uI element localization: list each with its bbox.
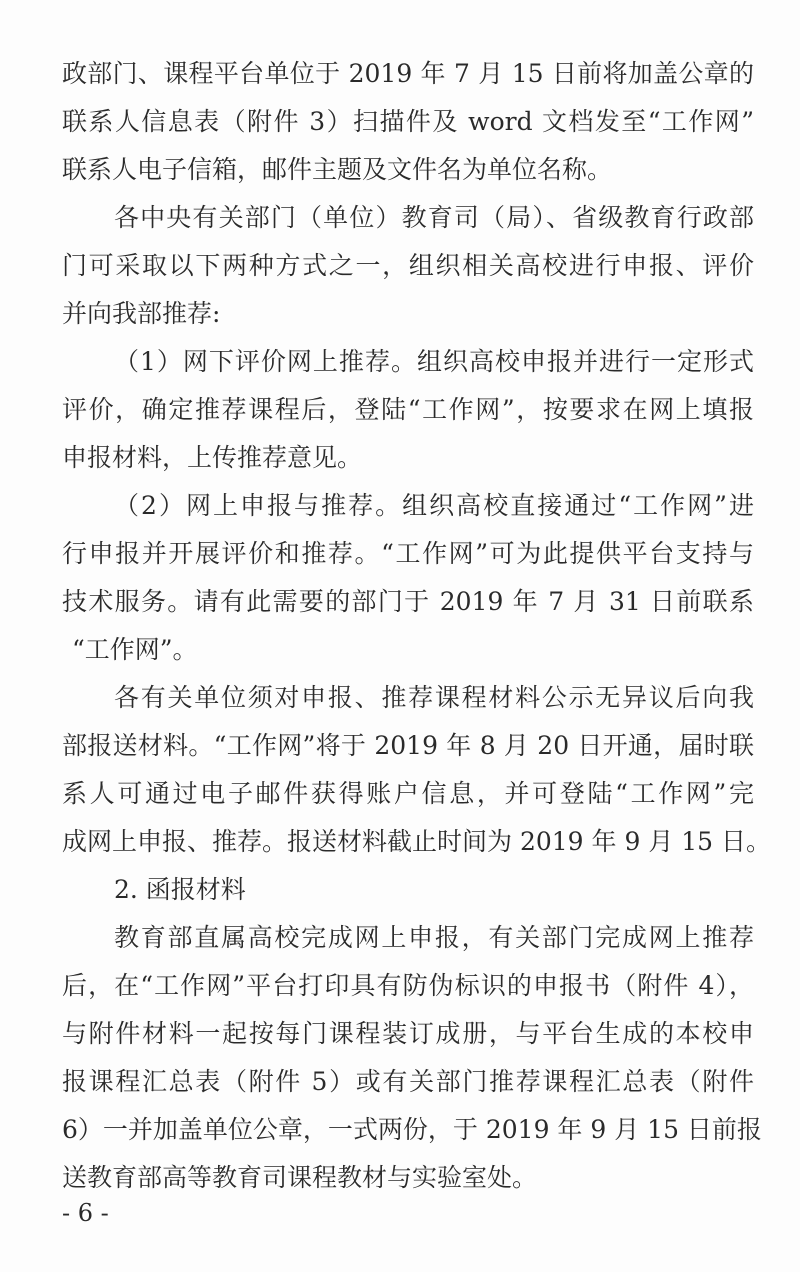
- text-line: “工作网”。: [62, 626, 754, 674]
- text-line: 系人可通过电子邮件获得账户信息，并可登陆“工作网”完: [62, 770, 754, 818]
- document-page: 政部门、课程平台单位于 2019 年 7 月 15 日前将加盖公章的 联系人信息…: [0, 0, 800, 1272]
- text-line: 各中央有关部门（单位）教育司（局）、省级教育行政部: [62, 194, 754, 242]
- text-line: 门可采取以下两种方式之一，组织相关高校进行申报、评价: [62, 242, 754, 290]
- section-heading: 2. 函报材料: [62, 866, 754, 914]
- text-line: （1）网下评价网上推荐。组织高校申报并进行一定形式: [62, 338, 754, 386]
- text-line: 行申报并开展评价和推荐。“工作网”可为此提供平台支持与: [62, 530, 754, 578]
- text-line: （2）网上申报与推荐。组织高校直接通过“工作网”进: [62, 482, 754, 530]
- text-line: 联系人电子信箱，邮件主题及文件名为单位名称。: [62, 146, 754, 194]
- text-line: 教育部直属高校完成网上申报，有关部门完成网上推荐: [62, 914, 754, 962]
- text-line: 报课程汇总表（附件 5）或有关部门推荐课程汇总表（附件: [62, 1058, 754, 1106]
- text-line: 6）一并加盖单位公章，一式两份，于 2019 年 9 月 15 日前报: [62, 1106, 754, 1154]
- text-line: 后，在“工作网”平台打印具有防伪标识的申报书（附件 4），: [62, 962, 754, 1010]
- text-line: 技术服务。请有此需要的部门于 2019 年 7 月 31 日前联系: [62, 578, 754, 626]
- text-line: 各有关单位须对申报、推荐课程材料公示无异议后向我: [62, 674, 754, 722]
- text-line: 联系人信息表（附件 3）扫描件及 word 文档发至“工作网”: [62, 98, 754, 146]
- text-line: 成网上申报、推荐。报送材料截止时间为 2019 年 9 月 15 日。: [62, 818, 754, 866]
- page-number: - 6 -: [62, 1198, 109, 1228]
- document-body: 政部门、课程平台单位于 2019 年 7 月 15 日前将加盖公章的 联系人信息…: [62, 50, 754, 1202]
- text-line: 评价，确定推荐课程后，登陆“工作网”，按要求在网上填报: [62, 386, 754, 434]
- text-line: 送教育部高等教育司课程教材与实验室处。: [62, 1154, 754, 1202]
- text-line: 并向我部推荐:: [62, 290, 754, 338]
- text-line: 申报材料，上传推荐意见。: [62, 434, 754, 482]
- text-line: 与附件材料一起按每门课程装订成册，与平台生成的本校申: [62, 1010, 754, 1058]
- text-line: 部报送材料。“工作网”将于 2019 年 8 月 20 日开通，届时联: [62, 722, 754, 770]
- text-line: 政部门、课程平台单位于 2019 年 7 月 15 日前将加盖公章的: [62, 50, 754, 98]
